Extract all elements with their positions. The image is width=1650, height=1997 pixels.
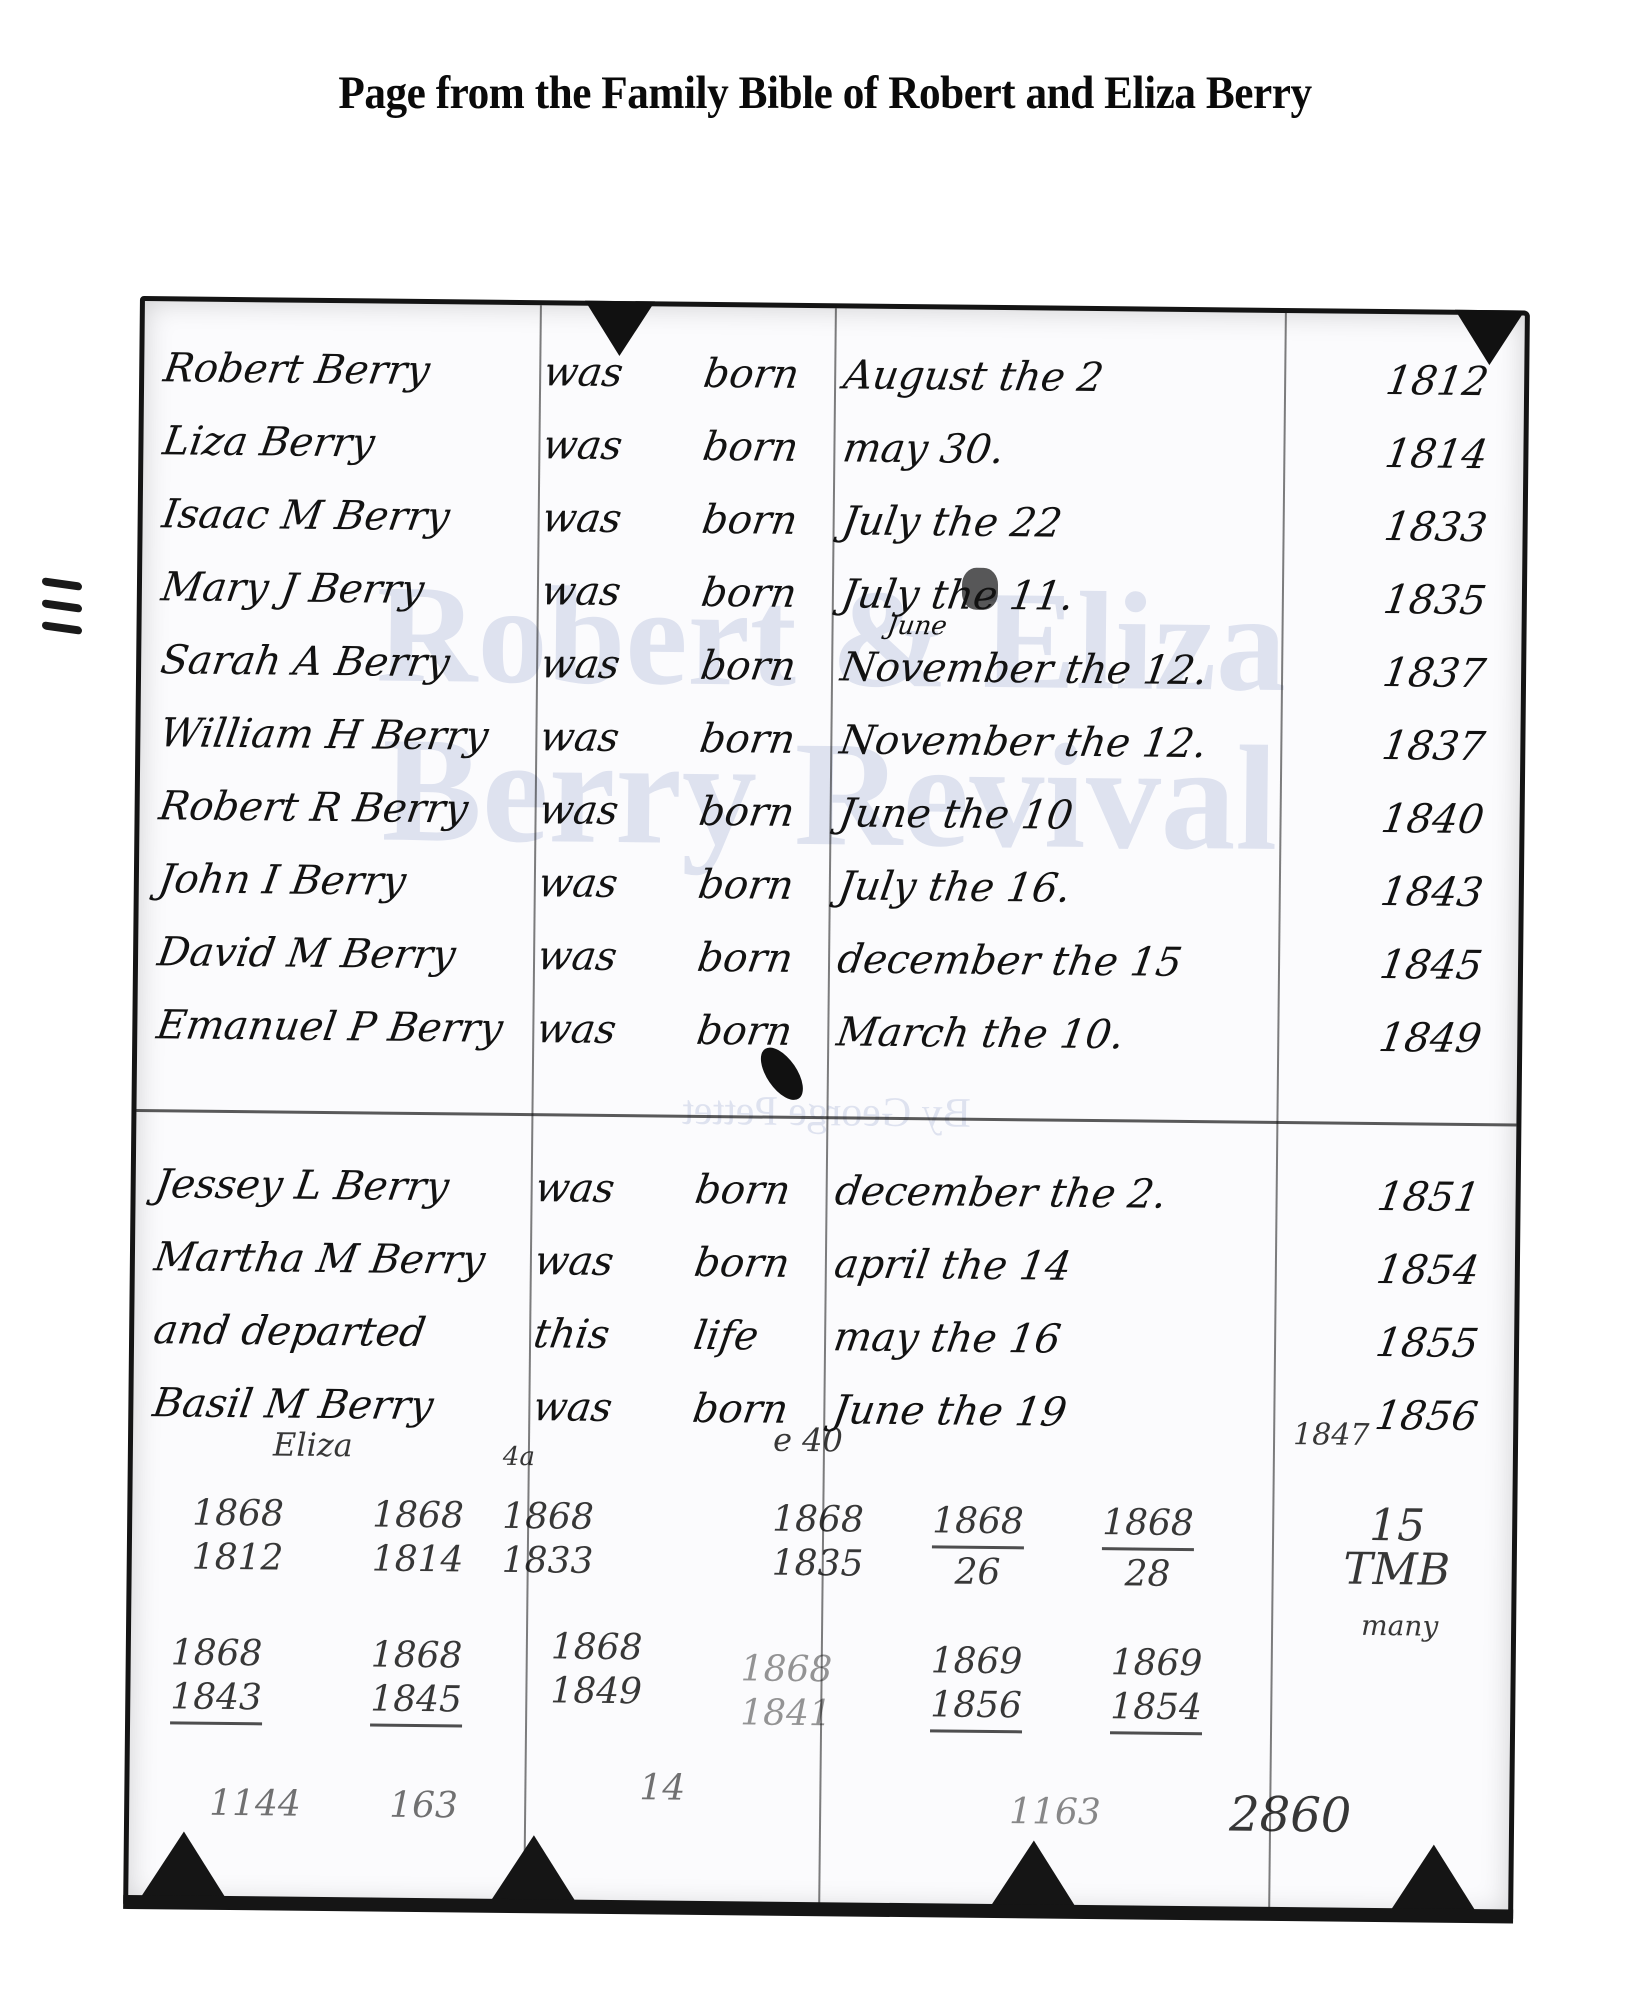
calc-item: 18681833 bbox=[502, 1495, 595, 1584]
record-name: John I Berry bbox=[155, 856, 542, 906]
record-name: Sarah A Berry bbox=[158, 637, 545, 687]
record-name: David M Berry bbox=[155, 929, 542, 979]
page-tear bbox=[138, 1831, 229, 1902]
birth-record: Jessey L Berry was born december the 2. … bbox=[148, 1161, 1503, 1248]
record-name: Liza Berry bbox=[160, 418, 547, 468]
record-name: William H Berry bbox=[157, 710, 544, 760]
record-verb: was bbox=[530, 1384, 697, 1432]
margin-note: Eliza bbox=[273, 1422, 353, 1467]
record-date: december the 15 bbox=[835, 936, 1272, 986]
record-name: Jessey L Berry bbox=[152, 1161, 539, 1211]
age-calculations: Eliza 4a e 40 1847 15 TMB many 18681812 … bbox=[169, 1481, 1473, 1875]
record-verb: was bbox=[532, 1165, 699, 1213]
margin-note: e 40 bbox=[773, 1418, 843, 1463]
calc-item: 186828 bbox=[1101, 1501, 1194, 1597]
record-born: born bbox=[691, 1240, 838, 1287]
record-verb: was bbox=[535, 933, 702, 981]
record-verb: was bbox=[536, 787, 703, 835]
record-year: 1840 bbox=[1266, 795, 1507, 843]
record-date: June the 10 bbox=[836, 790, 1273, 840]
calc-item: 18681814 bbox=[372, 1494, 465, 1583]
record-verb: was bbox=[540, 422, 707, 470]
record-date: November the 12. bbox=[837, 717, 1274, 767]
birth-record: Mary J Berry was born July the 11. 1835 bbox=[154, 564, 1509, 651]
record-date: July the 22 bbox=[839, 498, 1276, 548]
record-year: 1833 bbox=[1269, 503, 1510, 551]
record-born: life bbox=[691, 1313, 838, 1360]
record-date: april the 14 bbox=[831, 1241, 1268, 1291]
record-year: 1855 bbox=[1261, 1319, 1502, 1367]
bible-page-scan: Robert & Eliza Berry Revival By George P… bbox=[123, 296, 1530, 1920]
birth-record: Martha M Berry was born april the 14 185… bbox=[147, 1234, 1502, 1321]
page-tear bbox=[1388, 1844, 1479, 1915]
record-date: August the 2 bbox=[841, 352, 1278, 402]
record-date: July the 16. bbox=[835, 863, 1272, 913]
record-year: 1837 bbox=[1268, 649, 1509, 697]
record-verb: was bbox=[537, 714, 704, 762]
record-name: Robert Berry bbox=[161, 345, 548, 395]
record-year: 1837 bbox=[1267, 722, 1508, 770]
record-date: March the 10. bbox=[834, 1009, 1271, 1059]
page-tear bbox=[488, 1835, 579, 1906]
page-tear bbox=[584, 301, 655, 357]
record-name: Emanuel P Berry bbox=[154, 1002, 541, 1052]
record-year: 1843 bbox=[1265, 868, 1506, 916]
record-year: 1812 bbox=[1271, 357, 1512, 405]
birth-record: Sarah A Berry was born November the 12. … bbox=[154, 637, 1509, 724]
record-verb: was bbox=[535, 860, 702, 908]
record-born: born bbox=[692, 1167, 839, 1214]
birth-record: Robert R Berry was born June the 10 1840 bbox=[152, 783, 1507, 870]
record-year: 1849 bbox=[1264, 1014, 1505, 1062]
record-born: born bbox=[698, 570, 845, 617]
birth-record: John I Berry was born July the 16. 1843 bbox=[151, 856, 1506, 943]
calc-item: 186826 bbox=[931, 1499, 1024, 1595]
record-verb: was bbox=[541, 349, 708, 397]
record-verb: was bbox=[538, 568, 705, 616]
record-name: Mary J Berry bbox=[158, 564, 545, 614]
record-born: born bbox=[696, 789, 843, 836]
record-born: born bbox=[701, 351, 848, 398]
record-year: 1854 bbox=[1261, 1246, 1502, 1294]
record-year: 1845 bbox=[1264, 941, 1505, 989]
scrawl: 1144 bbox=[209, 1782, 301, 1827]
scrawl: 2860 bbox=[1229, 1792, 1352, 1837]
calc-item: 18691854 bbox=[1110, 1641, 1203, 1737]
calc-item: 18681835 bbox=[772, 1498, 865, 1587]
record-born: born bbox=[697, 716, 844, 763]
calc-item: 18681845 bbox=[370, 1633, 463, 1729]
record-name: and departed bbox=[151, 1307, 538, 1357]
scrawl: 14 bbox=[639, 1766, 685, 1810]
record-year: 1814 bbox=[1270, 430, 1511, 478]
margin-ink-marks bbox=[42, 580, 82, 690]
birth-record: William H Berry was born November the 12… bbox=[153, 710, 1508, 797]
calc-item: 18681843 bbox=[170, 1631, 263, 1727]
record-born: born bbox=[695, 862, 842, 909]
record-name: Robert R Berry bbox=[156, 783, 543, 833]
record-born: born bbox=[698, 643, 845, 690]
calc-item: 18681812 bbox=[192, 1492, 285, 1581]
record-date: may 30. bbox=[840, 425, 1277, 475]
record-born: born bbox=[695, 935, 842, 982]
record-date: June the 19 bbox=[830, 1387, 1267, 1437]
birth-record: Robert Berry was born August the 2 1812 bbox=[157, 345, 1512, 432]
record-date: december the 2. bbox=[832, 1168, 1269, 1218]
birth-record: Emanuel P Berry was born March the 10. 1… bbox=[150, 1002, 1505, 1089]
calc-item: 18681849 bbox=[550, 1625, 643, 1714]
record-verb: was bbox=[538, 641, 705, 689]
birth-record: Liza Berry was born may 30. 1814 bbox=[156, 418, 1511, 505]
death-record: and departed this life may the 16 1855 bbox=[147, 1307, 1502, 1394]
record-born: born bbox=[700, 424, 847, 471]
margin-note: 1847 bbox=[1293, 1413, 1370, 1458]
record-verb: this bbox=[531, 1311, 698, 1359]
record-annotation: June bbox=[885, 611, 949, 642]
record-year: 1835 bbox=[1268, 576, 1509, 624]
record-verb: was bbox=[534, 1006, 701, 1054]
calc-item: 18681841 bbox=[740, 1647, 833, 1736]
record-born: born bbox=[699, 497, 846, 544]
calc-item: 18691856 bbox=[930, 1639, 1023, 1735]
initials: 15 TMB bbox=[1321, 1503, 1472, 1593]
record-date: November the 12. bbox=[838, 644, 1275, 694]
page-tear bbox=[1454, 310, 1525, 366]
document-title: Page from the Family Bible of Robert and… bbox=[66, 66, 1584, 120]
birth-record: David M Berry was born december the 15 1… bbox=[150, 929, 1505, 1016]
margin-note: 4a bbox=[503, 1435, 536, 1479]
record-verb: was bbox=[539, 495, 706, 543]
record-name: Martha M Berry bbox=[151, 1234, 538, 1284]
record-verb: was bbox=[531, 1238, 698, 1286]
page-tear bbox=[988, 1840, 1079, 1911]
margin-note: many bbox=[1361, 1604, 1439, 1649]
birth-records-upper: Robert Berry was born August the 2 1812 … bbox=[155, 345, 1507, 1089]
scrawl: 163 bbox=[389, 1784, 458, 1829]
scrawl: 1163 bbox=[1009, 1790, 1101, 1835]
ink-blot bbox=[962, 568, 998, 610]
record-date: may the 16 bbox=[831, 1314, 1268, 1364]
record-year: 1851 bbox=[1262, 1173, 1503, 1221]
record-name: Isaac M Berry bbox=[159, 491, 546, 541]
birth-record: Isaac M Berry was born July the 22 1833 bbox=[155, 491, 1510, 578]
